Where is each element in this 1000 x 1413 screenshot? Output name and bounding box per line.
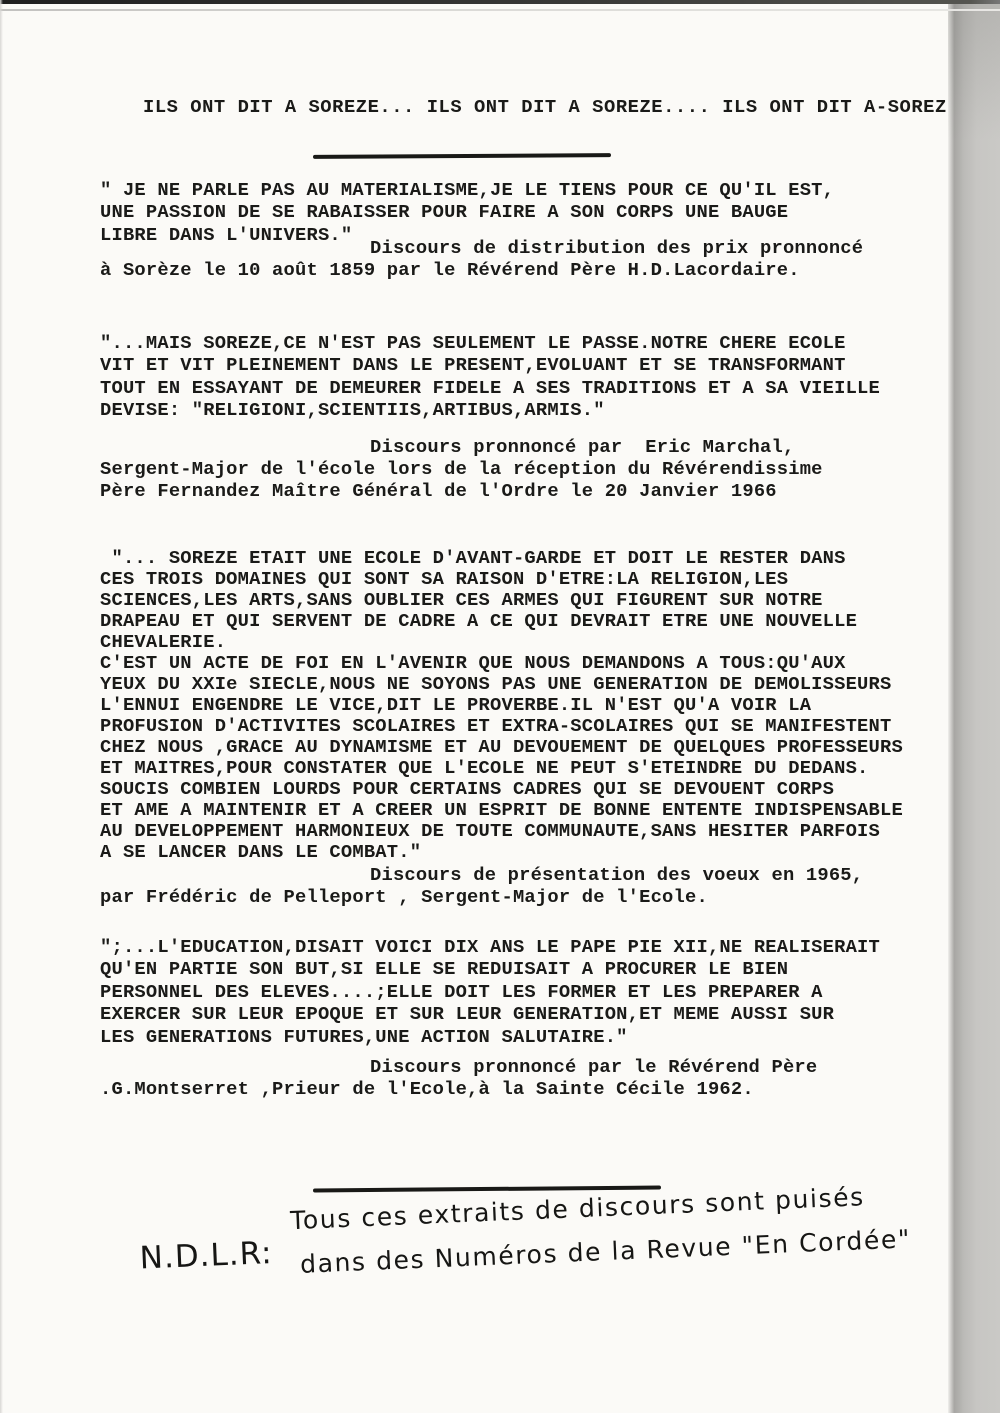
quote-2-text: "...MAIS SOREZE,CE N'EST PAS SEULEMENT L… [100, 332, 980, 422]
quote-3-text: "... SOREZE ETAIT UNE ECOLE D'AVANT-GARD… [100, 548, 990, 863]
quote-1-attribution-line2: à Sorèze le 10 août 1859 par le Révérend… [100, 259, 980, 281]
scan-right-gutter-shadow [948, 0, 1000, 1413]
page-title: ILS ONT DIT A SOREZE... ILS ONT DIT A SO… [143, 96, 973, 118]
quote-3-attribution-line2: par Frédéric de Pelleport , Sergent-Majo… [100, 886, 980, 908]
quote-4-attribution-line1: Discours pronnoncé par le Révérend Père [370, 1056, 970, 1078]
quote-4-text: ";...L'EDUCATION,DISAIT VOICI DIX ANS LE… [100, 936, 990, 1048]
scan-left-edge [0, 0, 3, 1413]
scanned-document-page: ILS ONT DIT A SOREZE... ILS ONT DIT A SO… [0, 0, 1000, 1413]
quote-1-attribution-line1: Discours de distribution des prix pronno… [370, 237, 970, 259]
handwritten-editor-note: N.D.L.R: Tous ces extraits de discours s… [138, 1180, 932, 1333]
scan-top-edge-shadow [0, 9, 1000, 11]
editor-note-line2: dans des Numéros de la Revue "En Cordée" [300, 1224, 912, 1279]
editor-note-label: N.D.L.R: [139, 1235, 273, 1277]
divider-rule-bottom [313, 1185, 661, 1192]
quote-4-attribution-line2: .G.Montserret ,Prieur de l'Ecole,à la Sa… [100, 1078, 980, 1100]
scan-top-edge-line [0, 0, 1000, 4]
quote-3-attribution-line1: Discours de présentation des voeux en 19… [370, 864, 970, 886]
divider-rule-top [313, 153, 611, 159]
quote-2-attribution-rest: Sergent-Major de l'école lors de la réce… [100, 458, 980, 503]
quote-2-attribution-line1: Discours pronnoncé par Eric Marchal, [370, 436, 970, 458]
